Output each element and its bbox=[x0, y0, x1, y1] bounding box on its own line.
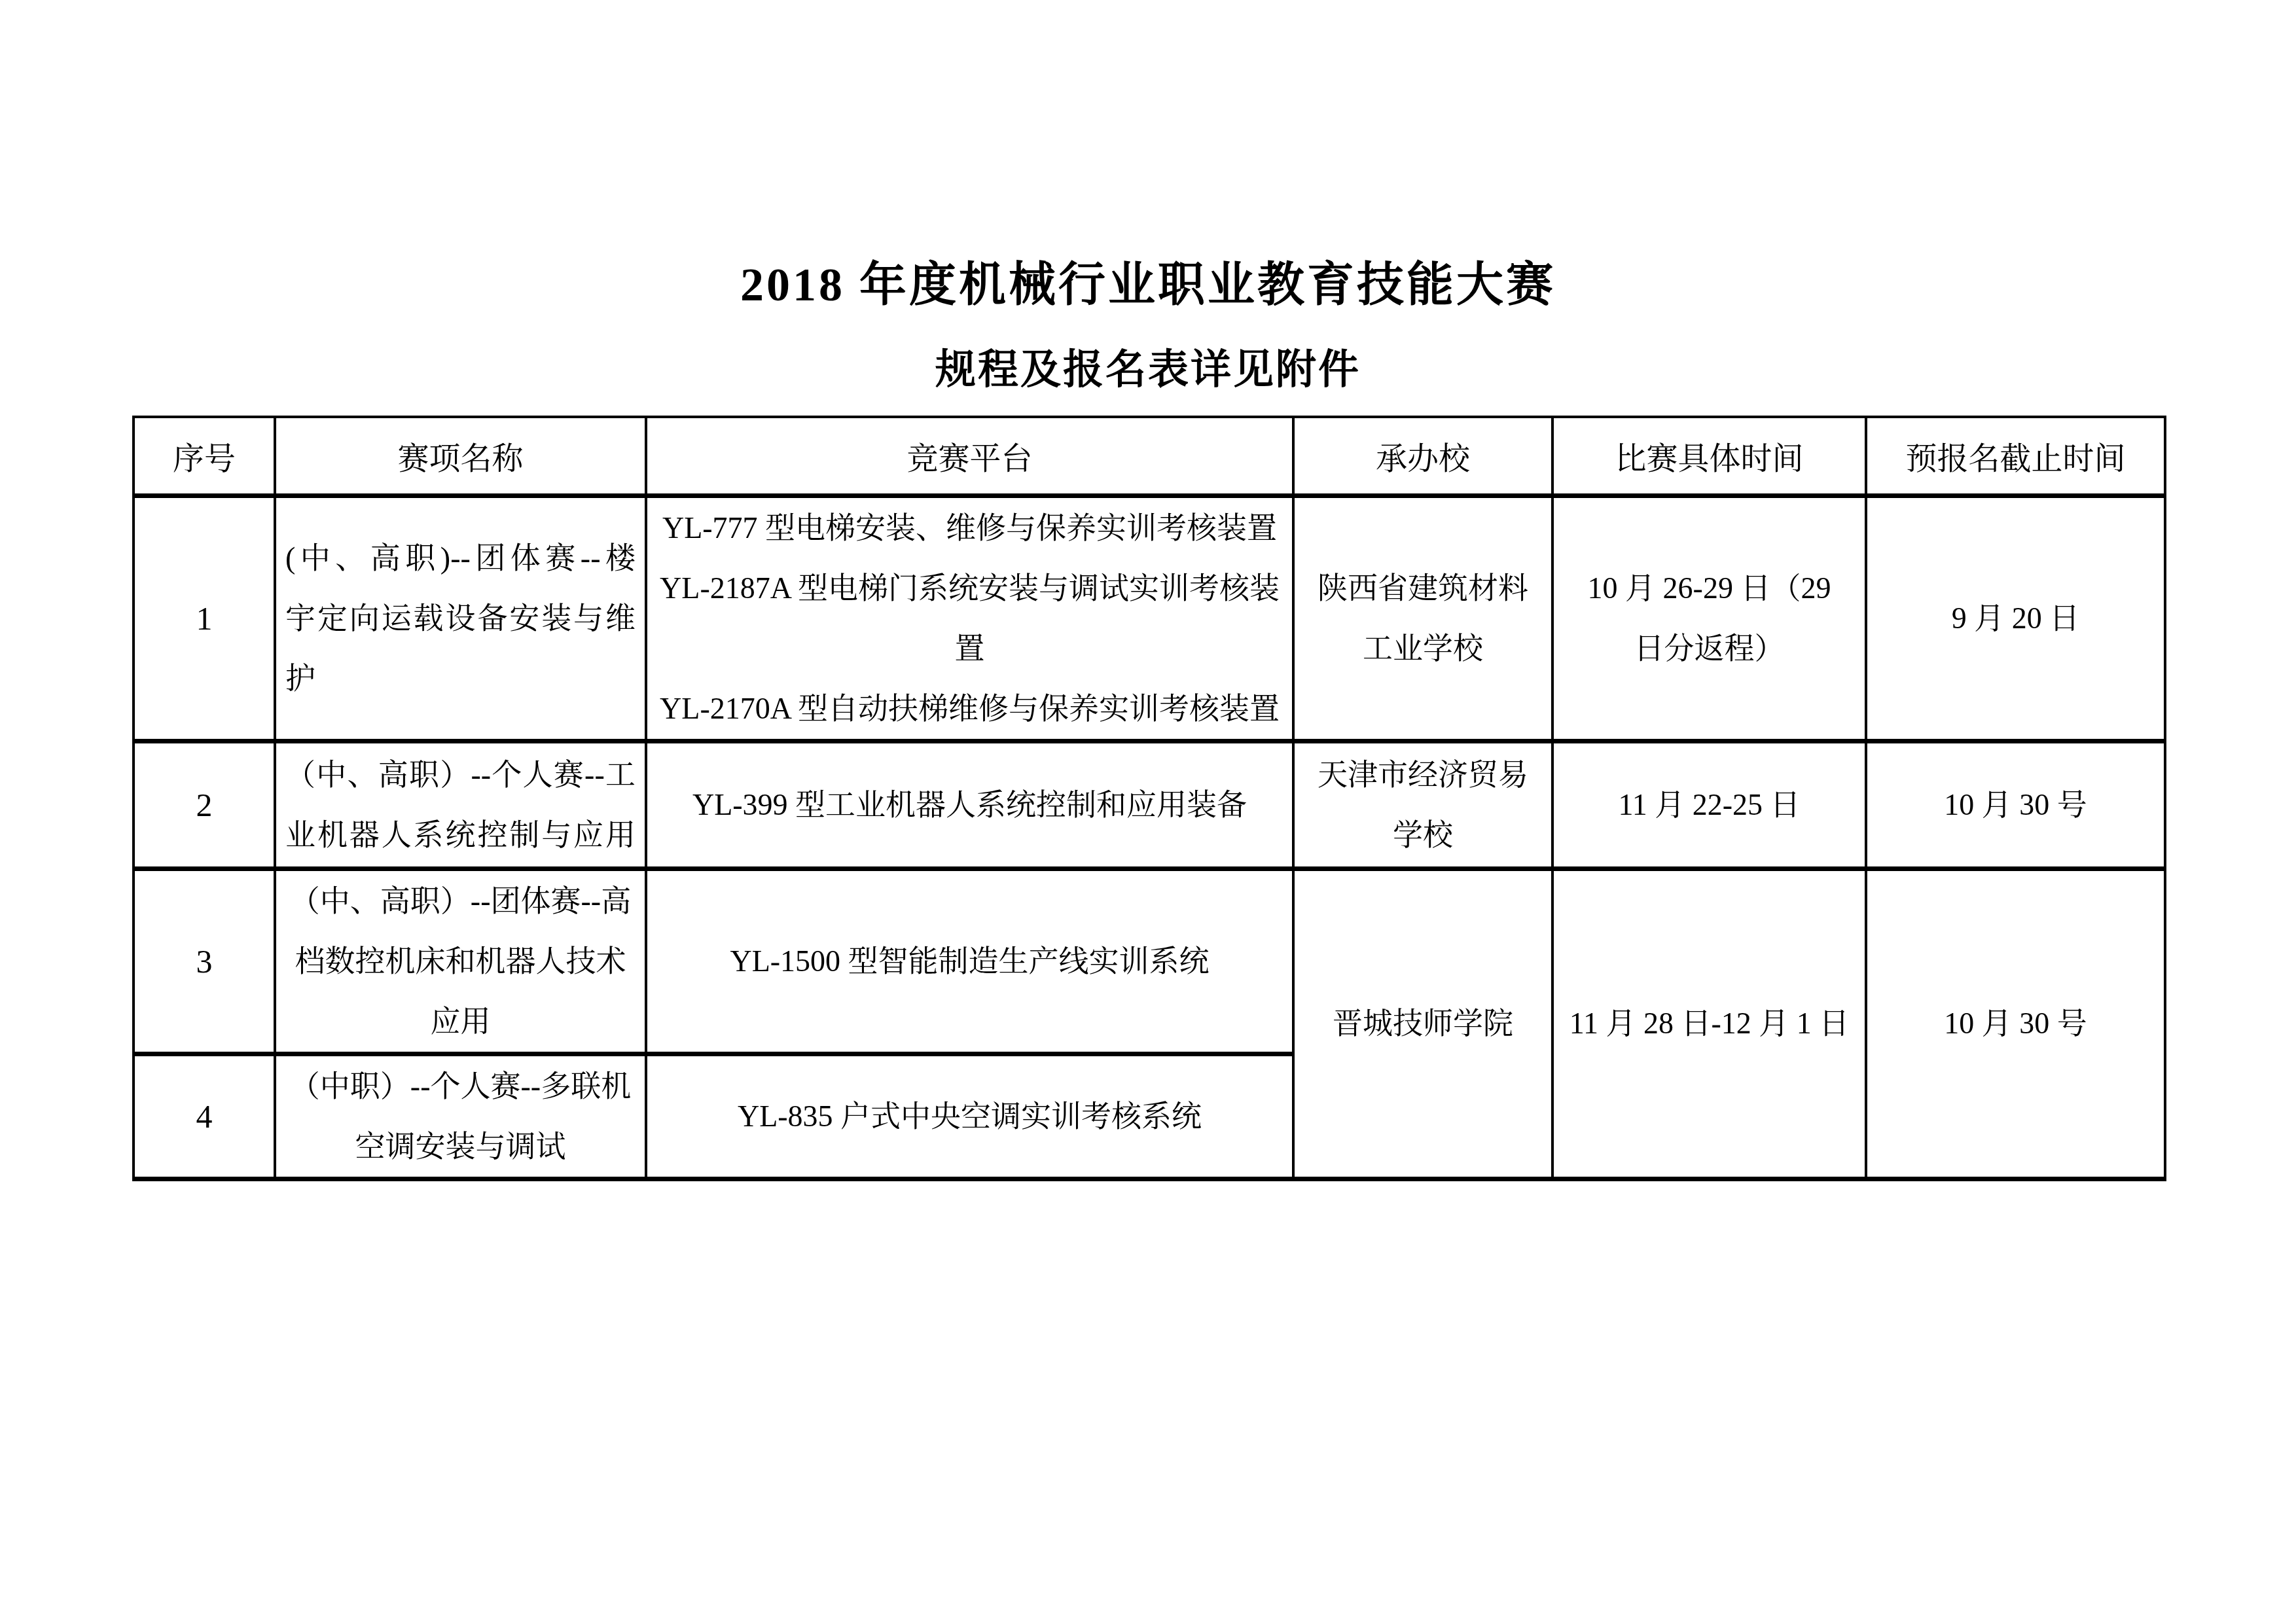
seq-cell: 1 bbox=[134, 495, 275, 741]
header-event-name: 赛项名称 bbox=[275, 417, 646, 495]
seq-cell: 4 bbox=[134, 1054, 275, 1179]
platform-cell: YL-777 型电梯安装、维修与保养实训考核装置 YL-2187A 型电梯门系统… bbox=[646, 495, 1293, 741]
competition-table: 序号 赛项名称 竞赛平台 承办校 比赛具体时间 预报名截止时间 1 (中、高职)… bbox=[132, 416, 2166, 1181]
document-page: 2018 年度机械行业职业教育技能大赛 规程及报名表详见附件 序号 赛项名称 竞… bbox=[0, 0, 2296, 1623]
host-school-cell: 天津市经济贸易 学校 bbox=[1293, 741, 1552, 868]
header-seq: 序号 bbox=[134, 417, 275, 495]
table-row: 1 (中、高职)--团体赛--楼 宇定向运载设备安装与维 护 YL-777 型电… bbox=[134, 495, 2165, 741]
event-name-cell: （中职）--个人赛--多联机 空调安装与调试 bbox=[275, 1054, 646, 1179]
competition-time-cell: 11 月 22-25 日 bbox=[1552, 741, 1866, 868]
table-row: 2 （中、高职）--个人赛--工 业机器人系统控制与应用 YL-399 型工业机… bbox=[134, 741, 2165, 868]
header-platform: 竞赛平台 bbox=[646, 417, 1293, 495]
table-row: 3 （中、高职）--团体赛--高 档数控机床和机器人技术 应用 YL-1500 … bbox=[134, 868, 2165, 1054]
platform-cell: YL-835 户式中央空调实训考核系统 bbox=[646, 1054, 1293, 1179]
competition-time-cell: 10 月 26-29 日（29 日分返程） bbox=[1552, 495, 1866, 741]
header-competition-time: 比赛具体时间 bbox=[1552, 417, 1866, 495]
event-name-cell: （中、高职）--团体赛--高 档数控机床和机器人技术 应用 bbox=[275, 868, 646, 1054]
header-host-school: 承办校 bbox=[1293, 417, 1552, 495]
event-name-cell: （中、高职）--个人赛--工 业机器人系统控制与应用 bbox=[275, 741, 646, 868]
page-title: 2018 年度机械行业职业教育技能大赛 bbox=[0, 255, 2296, 314]
seq-cell: 2 bbox=[134, 741, 275, 868]
page-subtitle: 规程及报名表详见附件 bbox=[0, 344, 2296, 397]
platform-cell: YL-399 型工业机器人系统控制和应用装备 bbox=[646, 741, 1293, 868]
header-registration-deadline: 预报名截止时间 bbox=[1866, 417, 2165, 495]
host-school-cell: 陕西省建筑材料 工业学校 bbox=[1293, 495, 1552, 741]
competition-time-cell-merged: 11 月 28 日-12 月 1 日 bbox=[1552, 868, 1866, 1179]
event-name-cell: (中、高职)--团体赛--楼 宇定向运载设备安装与维 护 bbox=[275, 495, 646, 741]
registration-deadline-cell: 10 月 30 号 bbox=[1866, 741, 2165, 868]
seq-cell: 3 bbox=[134, 868, 275, 1054]
registration-deadline-cell: 9 月 20 日 bbox=[1866, 495, 2165, 741]
platform-cell: YL-1500 型智能制造生产线实训系统 bbox=[646, 868, 1293, 1054]
table-header-row: 序号 赛项名称 竞赛平台 承办校 比赛具体时间 预报名截止时间 bbox=[134, 417, 2165, 495]
host-school-cell-merged: 晋城技师学院 bbox=[1293, 868, 1552, 1179]
registration-deadline-cell-merged: 10 月 30 号 bbox=[1866, 868, 2165, 1179]
